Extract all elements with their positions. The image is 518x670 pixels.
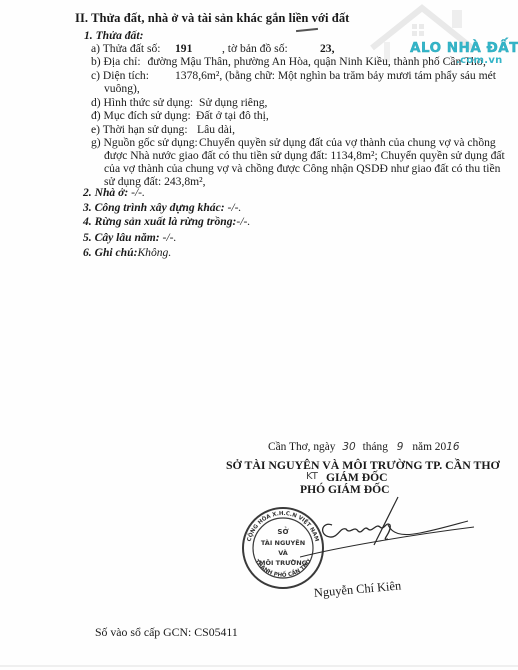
- bottom-divider: [0, 665, 518, 667]
- signer-name: Nguyễn Chí Kiên: [313, 578, 401, 601]
- parcel-row: a) Thửa đất số:: [91, 42, 161, 55]
- handwritten-mark: [296, 28, 318, 32]
- origin-label: g) Nguồn gốc sử dụng:: [91, 136, 198, 149]
- handwritten-signature-icon: [300, 495, 480, 575]
- parcel-label: a) Thửa đất số:: [91, 42, 161, 55]
- usage-purpose-label: đ) Mục đích sử dụng:: [91, 109, 191, 122]
- usage-form-value: Sử dụng riêng,: [199, 96, 267, 109]
- svg-text:SỞ: SỞ: [277, 526, 288, 536]
- watermark-domain: .com.vn: [456, 55, 503, 66]
- usage-purpose-value: Đất ở tại đô thị,: [196, 109, 269, 122]
- watermark-brand: ALO NHÀ ĐẤT: [410, 40, 518, 56]
- area-value: 1378,6m², (bằng chữ: Một nghìn ba trăm b…: [175, 69, 496, 82]
- origin-line-1: Chuyển quyền sử dụng đất của vợ thành củ…: [199, 136, 496, 149]
- usage-term-value: Lâu dài,: [197, 123, 235, 136]
- section-notes: 6. Ghi chú:Không.: [83, 246, 171, 259]
- date-day: 30: [342, 441, 355, 453]
- svg-text:TÀI NGUYÊN: TÀI NGUYÊN: [261, 538, 305, 547]
- usage-form-label: d) Hình thức sử dụng:: [91, 96, 193, 109]
- on-behalf-mark: KT: [306, 471, 318, 482]
- area-value-cont: vuông),: [104, 82, 140, 95]
- section-house: 2. Nhà ở: -/-.: [83, 186, 145, 199]
- address-label: b) Địa chỉ:: [91, 55, 141, 68]
- address-row: b) Địa chỉ: đường Mậu Thân, phường An Hò…: [91, 55, 486, 68]
- land-certificate-page: II. Thửa đất, nhà ở và tài sản khác gắn …: [0, 0, 518, 670]
- parcel-number: 191: [175, 42, 192, 55]
- origin-line-3: của vợ thành của chung vợ và chồng được …: [104, 162, 500, 175]
- section-other-constructions: 3. Công trình xây dựng khác: -/-.: [83, 201, 241, 214]
- map-sheet-number: 23,: [320, 42, 335, 55]
- map-sheet-label: , tờ bản đồ số:: [222, 42, 288, 55]
- section-title: II. Thửa đất, nhà ở và tài sản khác gắn …: [75, 11, 349, 26]
- section-perennial-trees: 5. Cây lâu năm: -/-.: [83, 231, 176, 244]
- date-year-suffix: 16: [446, 441, 459, 453]
- origin-line-2: được Nhà nước giao đất có thu tiền sử dụ…: [104, 149, 505, 162]
- area-label: c) Diện tích:: [91, 69, 149, 82]
- section-planted-forest: 4. Rừng sản xuất là rừng trồng:-/-.: [83, 215, 250, 228]
- registry-number: Số vào sổ cấp GCN: CS05411: [95, 625, 238, 640]
- date-line: Cần Thơ, ngày 30 tháng 9 năm 2016: [268, 441, 460, 453]
- date-month: 9: [397, 441, 404, 453]
- usage-term-label: e) Thời hạn sử dụng:: [91, 123, 188, 136]
- address-value: đường Mậu Thân, phường An Hòa, quận Ninh…: [148, 55, 486, 68]
- svg-text:VÀ: VÀ: [278, 548, 288, 557]
- land-heading: 1. Thửa đất:: [84, 29, 143, 42]
